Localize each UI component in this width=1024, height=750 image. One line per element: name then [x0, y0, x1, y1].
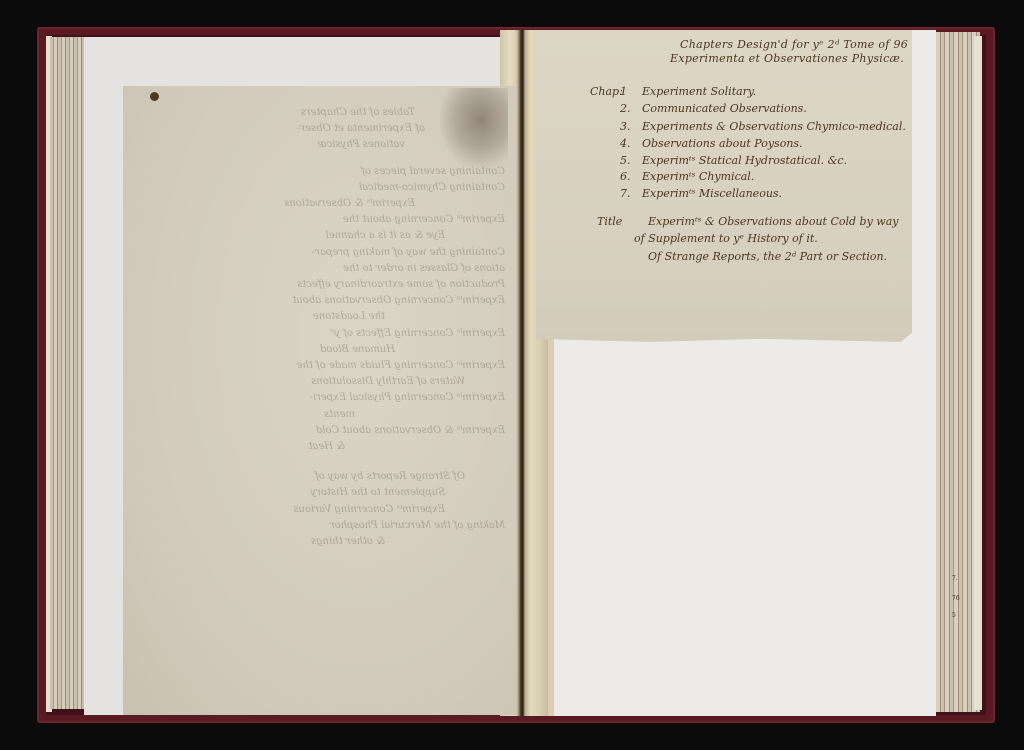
- ghost-line: & Heat: [280, 439, 505, 455]
- chapter-text: Communicated Observations.: [642, 102, 807, 115]
- ghost-line: Of Strange Reports by way of: [280, 455, 505, 485]
- ghost-line: Experimᵗˢ Concerning about the: [280, 212, 505, 228]
- chapter-text: Experimᵗˢ Chymical.: [642, 170, 754, 183]
- ghost-line: vationes Physicæ: [280, 137, 505, 153]
- chapter-item: 3.Experiments & Observations Chymico-med…: [620, 120, 906, 133]
- title-line-2: of Supplement to yᵉ History of it.: [634, 232, 818, 245]
- chapter-text: Experiments & Observations Chymico-medic…: [642, 120, 906, 133]
- ghost-line: Containing Chymico-medical: [280, 180, 505, 196]
- chapter-number: 2.: [620, 102, 642, 115]
- ghost-line: Experimᵗˢ Concerning Observations about: [280, 293, 505, 309]
- ghost-line: Containing several pieces of: [280, 154, 505, 180]
- right-endpaper-edge: [974, 36, 982, 710]
- chapter-item: 2.Communicated Observations.: [620, 102, 807, 115]
- ghost-line: Eye & as it is a channel: [280, 228, 505, 244]
- show-through-text: Tables of the Chapters of Experimenta et…: [280, 105, 505, 550]
- chapter-item: 7.Experimᵗˢ Miscellaneous.: [620, 187, 782, 200]
- fore-edge-mark: 7.: [952, 575, 958, 582]
- chapter-number: 1: [620, 85, 642, 98]
- ghost-line: & other things: [280, 534, 505, 550]
- ghost-line: Waters of Earthly Dissolutions: [280, 374, 505, 390]
- fore-edge-mark: 5: [952, 612, 956, 619]
- fore-edge-mark: 76: [952, 595, 960, 602]
- chapter-number: 3.: [620, 120, 642, 133]
- chapter-text: Observations about Poysons.: [642, 137, 803, 150]
- chapter-item: 5.Experimᵗˢ Statical Hydrostatical. &c.: [620, 154, 847, 167]
- chapter-text: Experiment Solitary.: [642, 85, 756, 98]
- ghost-line: ments: [280, 407, 505, 423]
- ghost-line: Containing the way of making prepar-: [280, 245, 505, 261]
- slip-heading-line-1: Chapters Design'd for yᵉ 2ᵈ Tome of 96: [680, 38, 908, 51]
- chapter-number: 4.: [620, 137, 642, 150]
- ghost-line: ations of Glasses in order to the: [280, 261, 505, 277]
- chapter-text: Experimᵗˢ Miscellaneous.: [642, 187, 782, 200]
- ghost-line: Tables of the Chapters: [280, 105, 505, 121]
- manuscript-note-slip: [536, 30, 912, 342]
- ghost-line: of Experimenta et Obser-: [280, 121, 505, 137]
- ghost-line: Experimᵗˢ Concerning Physical Experi-: [280, 390, 505, 406]
- ghost-line: the Loadstone: [280, 309, 505, 325]
- chapter-text: Experimᵗˢ Statical Hydrostatical. &c.: [642, 154, 847, 167]
- paper-hole: [150, 92, 159, 101]
- chapter-item: 6.Experimᵗˢ Chymical.: [620, 170, 754, 183]
- ghost-line: Making of the Mercurial Phosphor: [280, 518, 505, 534]
- ghost-line: Experimᵗˢ & Observations: [280, 196, 505, 212]
- ghost-line: Production of some extraordinary effects: [280, 277, 505, 293]
- left-page-stack-edge: [50, 37, 86, 709]
- ghost-line: Supplement to the History: [280, 485, 505, 501]
- chapter-number: 7.: [620, 187, 642, 200]
- chapter-label: Chap:: [590, 85, 623, 98]
- ghost-line: Humane Blood: [280, 342, 505, 358]
- chapter-number: 5.: [620, 154, 642, 167]
- title-line-3: Of Strange Reports, the 2ᵈ Part or Secti…: [648, 250, 887, 263]
- ghost-line: Experimᵗˢ Concerning Fluids made of the: [280, 358, 505, 374]
- title-line-1: Experimᵗˢ & Observations about Cold by w…: [648, 215, 899, 228]
- ghost-line: Experimᵗˢ & Observations about Cold: [280, 423, 505, 439]
- chapter-number: 6.: [620, 170, 642, 183]
- ghost-line: Experimᵗˢ Concerning Various: [280, 502, 505, 518]
- title-label: Title: [597, 215, 622, 228]
- chapter-item: 1Experiment Solitary.: [620, 85, 756, 98]
- chapter-item: 4.Observations about Poysons.: [620, 137, 803, 150]
- slip-heading-line-2: Experimenta et Observationes Physicæ.: [670, 52, 904, 65]
- right-page-stack-edge: [932, 32, 980, 712]
- ghost-line: Experimᵗˢ Concerning Effects of yᵉ: [280, 326, 505, 342]
